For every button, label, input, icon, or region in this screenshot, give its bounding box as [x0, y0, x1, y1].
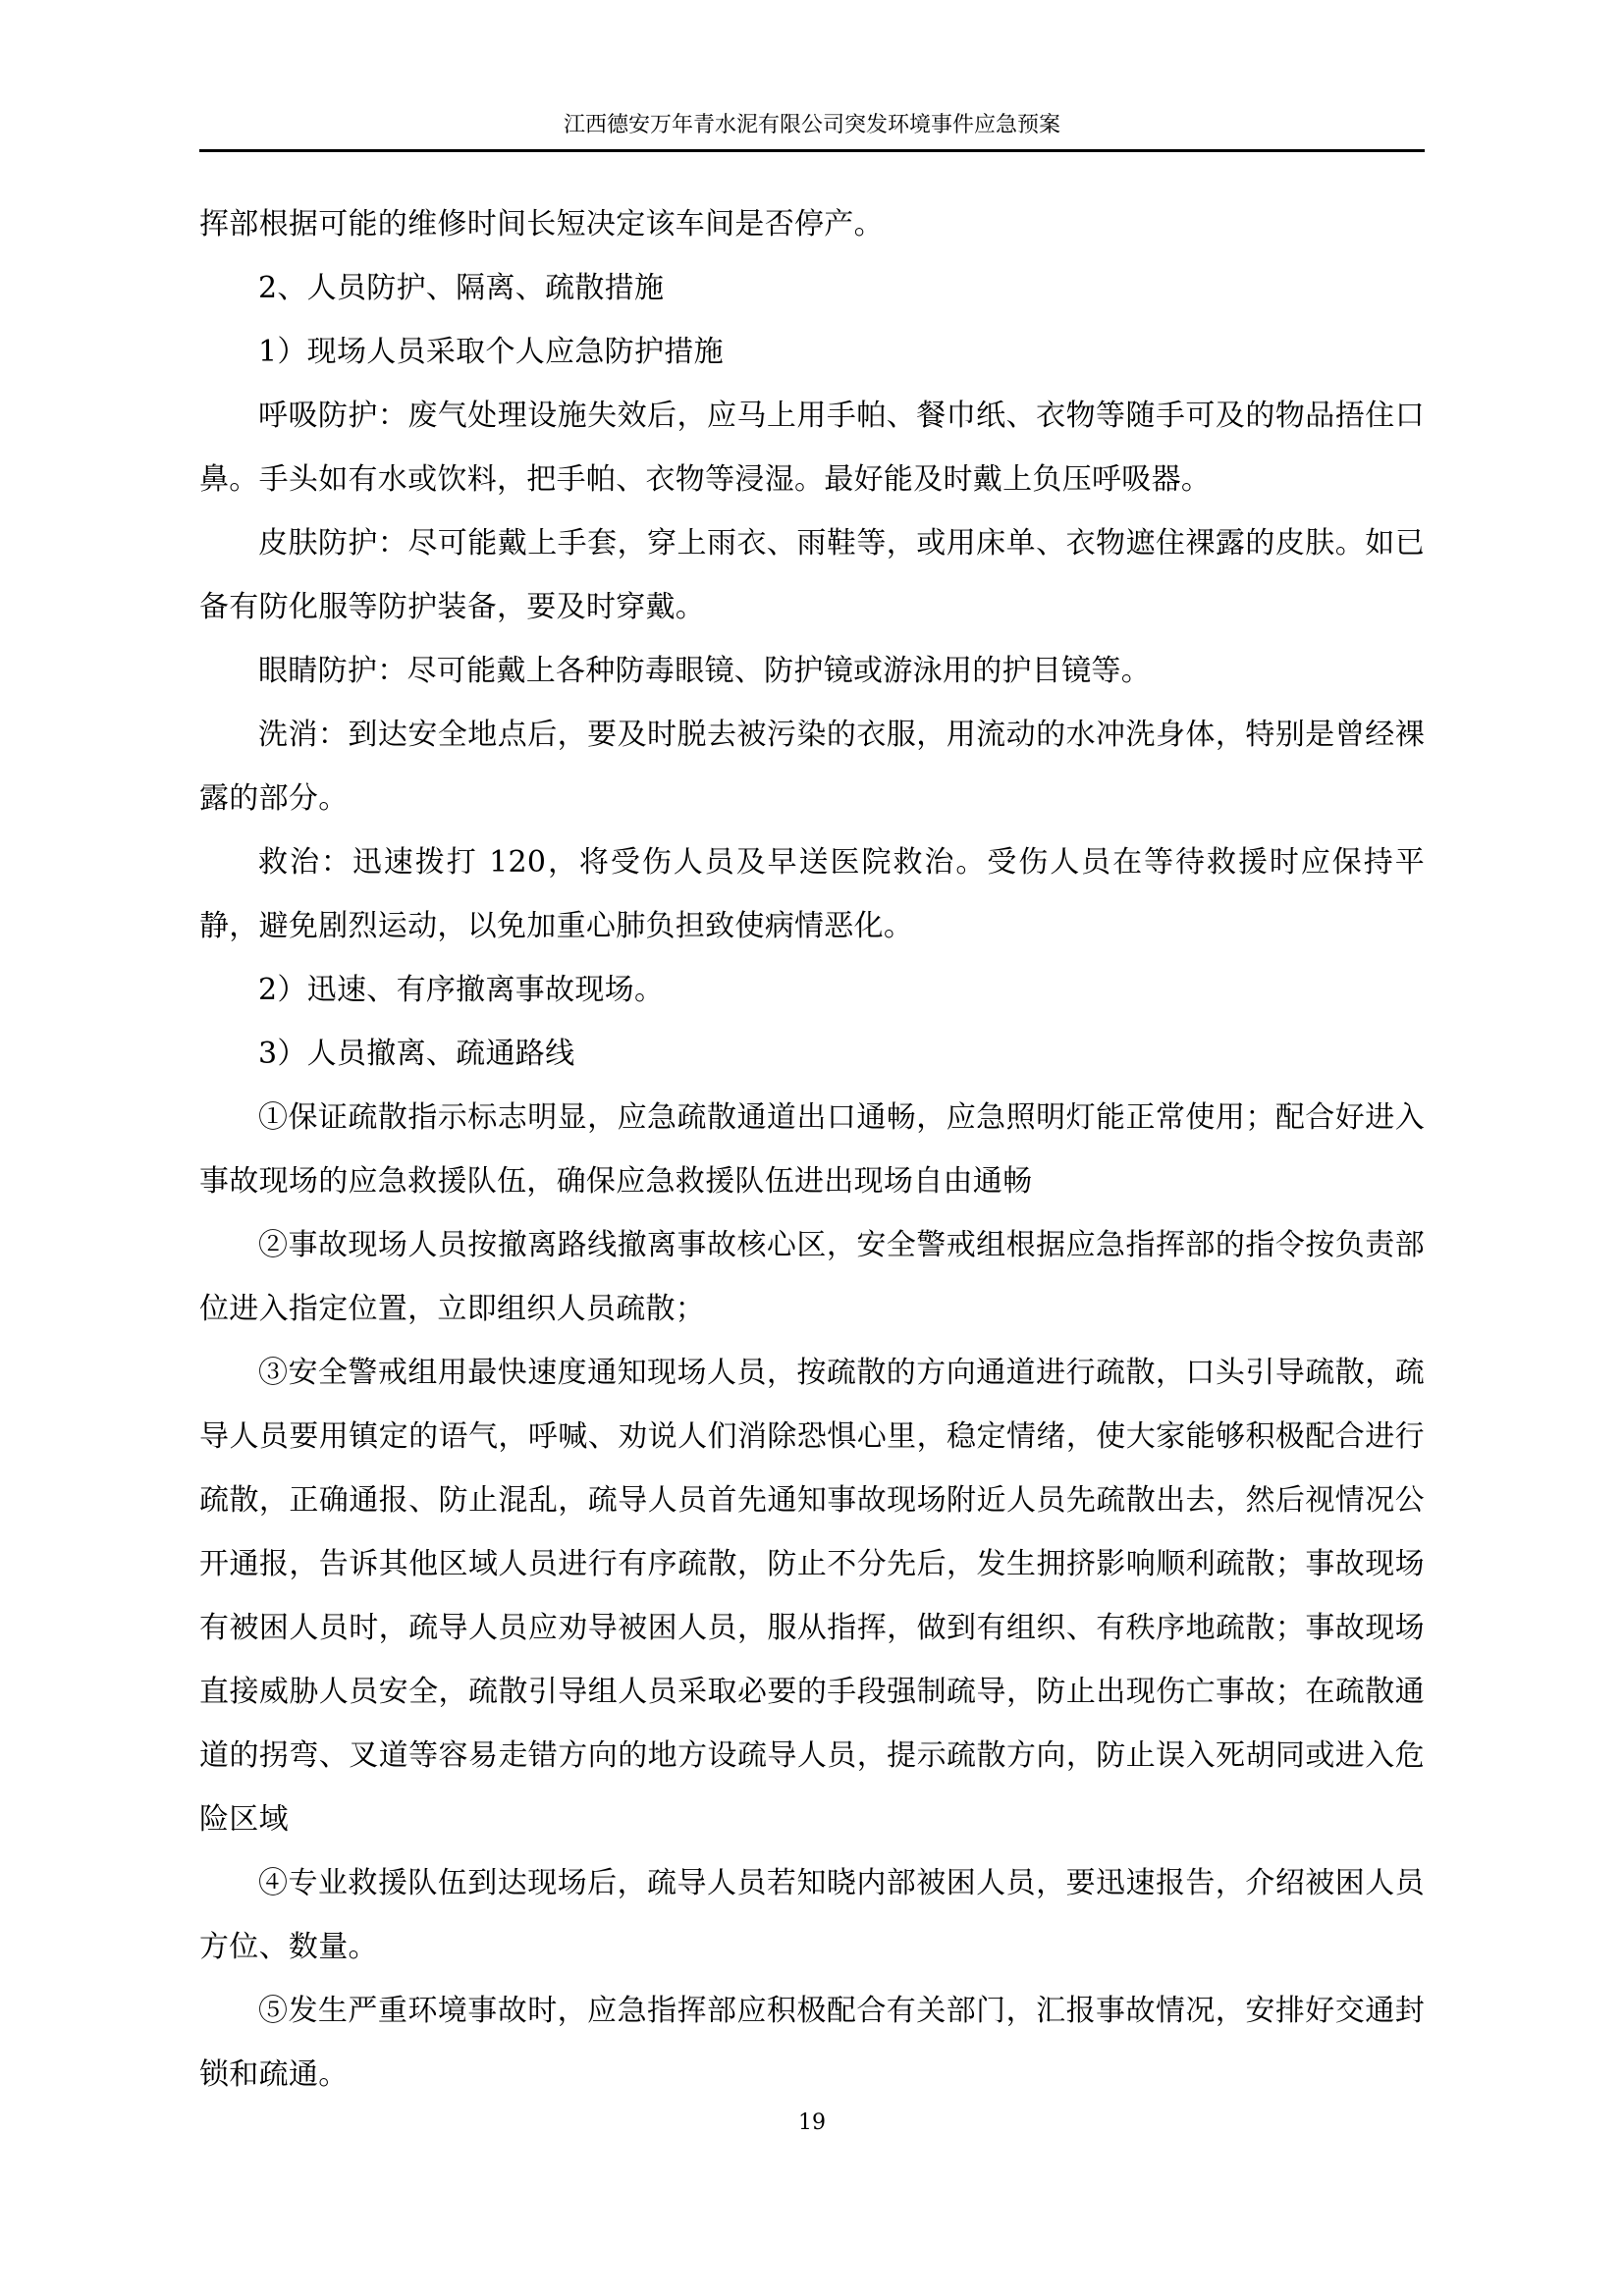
- paragraph-treatment: 救治：迅速拨打 120，将受伤人员及早送医院救治。受伤人员在等待救援时应保持平静…: [199, 830, 1425, 958]
- page-number: 19: [0, 2109, 1624, 2138]
- list-item-3: ③安全警戒组用最快速度通知现场人员，按疏散的方向通道进行疏散，口头引导疏散，疏导…: [199, 1341, 1425, 1851]
- paragraph-continuation: 挥部根据可能的维修时间长短决定该车间是否停产。: [199, 192, 1425, 256]
- list-item-2: ②事故现场人员按撤离路线撤离事故核心区，安全警戒组根据应急指挥部的指令按负责部位…: [199, 1213, 1425, 1341]
- document-body: 挥部根据可能的维修时间长短决定该车间是否停产。 2、人员防护、隔离、疏散措施 1…: [199, 192, 1425, 2107]
- subsection-heading-personal-protection: 1）现场人员采取个人应急防护措施: [199, 320, 1425, 384]
- document-header-title: 江西德安万年青水泥有限公司突发环境事件应急预案: [0, 111, 1624, 140]
- paragraph-decontamination: 洗消：到达安全地点后，要及时脱去被污染的衣服，用流动的水冲洗身体，特别是曾经裸露…: [199, 703, 1425, 830]
- header-rule: [199, 149, 1425, 152]
- subsection-heading-evacuate-scene: 2）迅速、有序撤离事故现场。: [199, 958, 1425, 1022]
- list-item-4: ④专业救援队伍到达现场后，疏导人员若知晓内部被困人员，要迅速报告，介绍被困人员方…: [199, 1851, 1425, 1979]
- list-item-5: ⑤发生严重环境事故时，应急指挥部应积极配合有关部门，汇报事故情况，安排好交通封锁…: [199, 1979, 1425, 2107]
- subsection-heading-evacuation-routes: 3）人员撤离、疏通路线: [199, 1022, 1425, 1086]
- paragraph-skin-protection: 皮肤防护：尽可能戴上手套，穿上雨衣、雨鞋等，或用床单、衣物遮住裸露的皮肤。如已备…: [199, 511, 1425, 639]
- paragraph-respiratory-protection: 呼吸防护：废气处理设施失效后，应马上用手帕、餐巾纸、衣物等随手可及的物品捂住口鼻…: [199, 384, 1425, 511]
- list-item-1: ①保证疏散指示标志明显，应急疏散通道出口通畅，应急照明灯能正常使用；配合好进入事…: [199, 1086, 1425, 1213]
- section-heading-personnel-protection: 2、人员防护、隔离、疏散措施: [199, 256, 1425, 320]
- paragraph-eye-protection: 眼睛防护：尽可能戴上各种防毒眼镜、防护镜或游泳用的护目镜等。: [199, 639, 1425, 703]
